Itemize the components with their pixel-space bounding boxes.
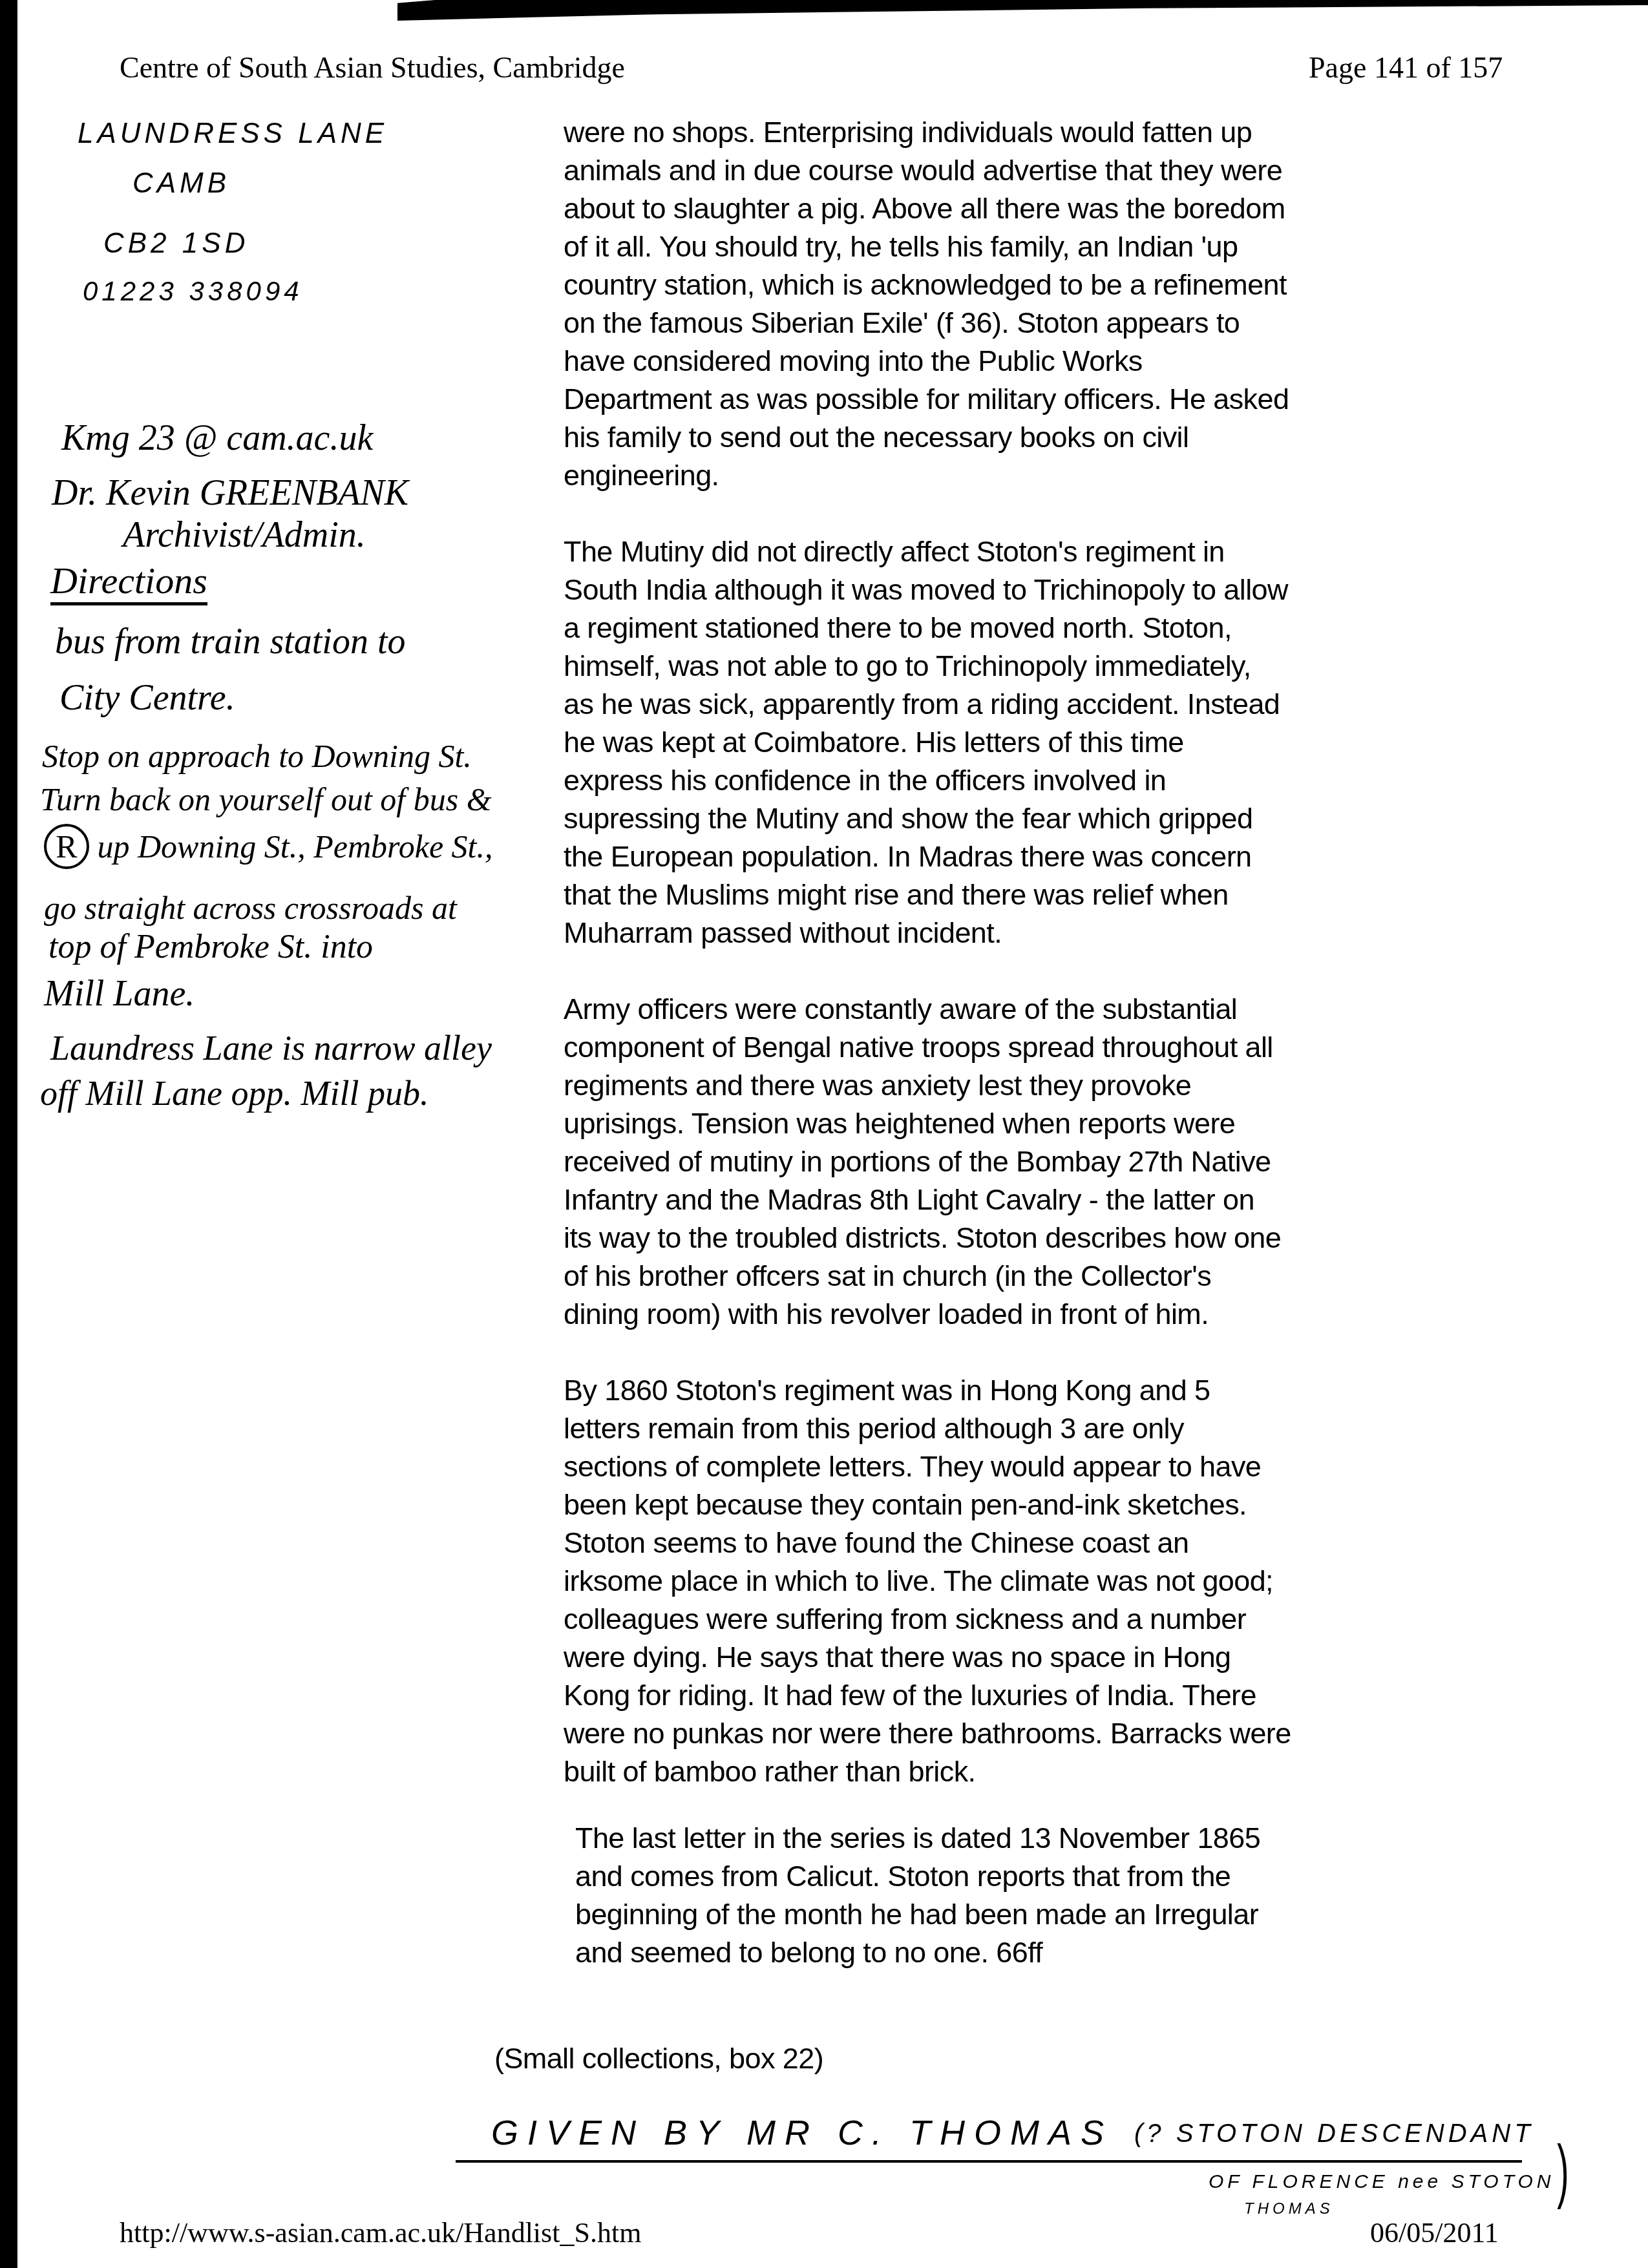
handwritten-direction-line: top of Pembroke St. into	[48, 930, 373, 964]
handwritten-direction-line: Stop on approach to Downing St.	[42, 740, 472, 772]
handwritten-address-line-2: CAMB	[132, 169, 230, 198]
body-paragraph: Army officers were constantly aware of t…	[564, 990, 1442, 1333]
handwritten-direction-line: off Mill Lane opp. Mill pub.	[40, 1076, 429, 1111]
handwritten-direction-line: go straight across crossroads at	[44, 892, 457, 924]
handwritten-direction-line: bus from train station to	[55, 624, 405, 660]
scan-top-border	[397, 0, 1648, 21]
handwritten-descendant-note: (? STOTON DESCENDANT	[1134, 2119, 1534, 2148]
handwritten-descendant-note-2: OF FLORENCE nee STOTON	[1209, 2171, 1554, 2193]
handwritten-address-line-1: LAUNDRESS LANE	[78, 120, 388, 148]
circled-r-mark: R	[44, 824, 89, 869]
collection-reference: (Small collections, box 22)	[494, 2042, 823, 2075]
body-text: were no shops. Enterprising individuals …	[564, 113, 1442, 1829]
handwritten-direction-line: R up Downing St., Pembroke St.,	[44, 824, 492, 869]
handwritten-email: Kmg 23 @ cam.ac.uk	[61, 420, 373, 456]
body-paragraph: were no shops. Enterprising individuals …	[564, 113, 1442, 494]
handwritten-descendant-note-3: THOMAS	[1244, 2200, 1334, 2218]
handwritten-direction-line: Laundress Lane is narrow alley	[50, 1031, 492, 1066]
handwritten-address-line-3: CB2 1SD	[103, 229, 249, 258]
handwritten-phone: 01223 338094	[83, 278, 303, 305]
footer-date: 06/05/2011	[1370, 2216, 1499, 2249]
handwritten-direction-line: City Centre.	[59, 680, 235, 716]
handwritten-contact-name: Dr. Kevin GREENBANK	[52, 475, 408, 511]
handwritten-directions-title: Directions	[50, 562, 207, 605]
handwritten-given-by: GIVEN BY MR C. THOMAS	[491, 2113, 1113, 2153]
header-institution: Centre of South Asian Studies, Cambridge	[120, 50, 625, 85]
scan-left-border	[0, 0, 17, 2268]
document-page: Centre of South Asian Studies, Cambridge…	[0, 0, 1648, 2268]
handwritten-direction-text: up Downing St., Pembroke St.,	[98, 828, 493, 865]
handwritten-close-paren: )	[1557, 2129, 1569, 2211]
body-paragraph: By 1860 Stoton's regiment was in Hong Ko…	[564, 1371, 1442, 1790]
footer-url: http://www.s-asian.cam.ac.uk/Handlist_S.…	[120, 2216, 641, 2249]
handwritten-contact-role: Archivist/Admin.	[123, 517, 366, 553]
handwritten-underline	[456, 2160, 1522, 2163]
header-page-indicator: Page 141 of 157	[1309, 50, 1503, 85]
body-paragraph-final: The last letter in the series is dated 1…	[575, 1819, 1454, 1971]
body-paragraph: The Mutiny did not directly affect Stoto…	[564, 532, 1442, 952]
handwritten-direction-line: Mill Lane.	[44, 976, 195, 1012]
handwritten-direction-line: Turn back on yourself out of bus &	[40, 783, 492, 815]
